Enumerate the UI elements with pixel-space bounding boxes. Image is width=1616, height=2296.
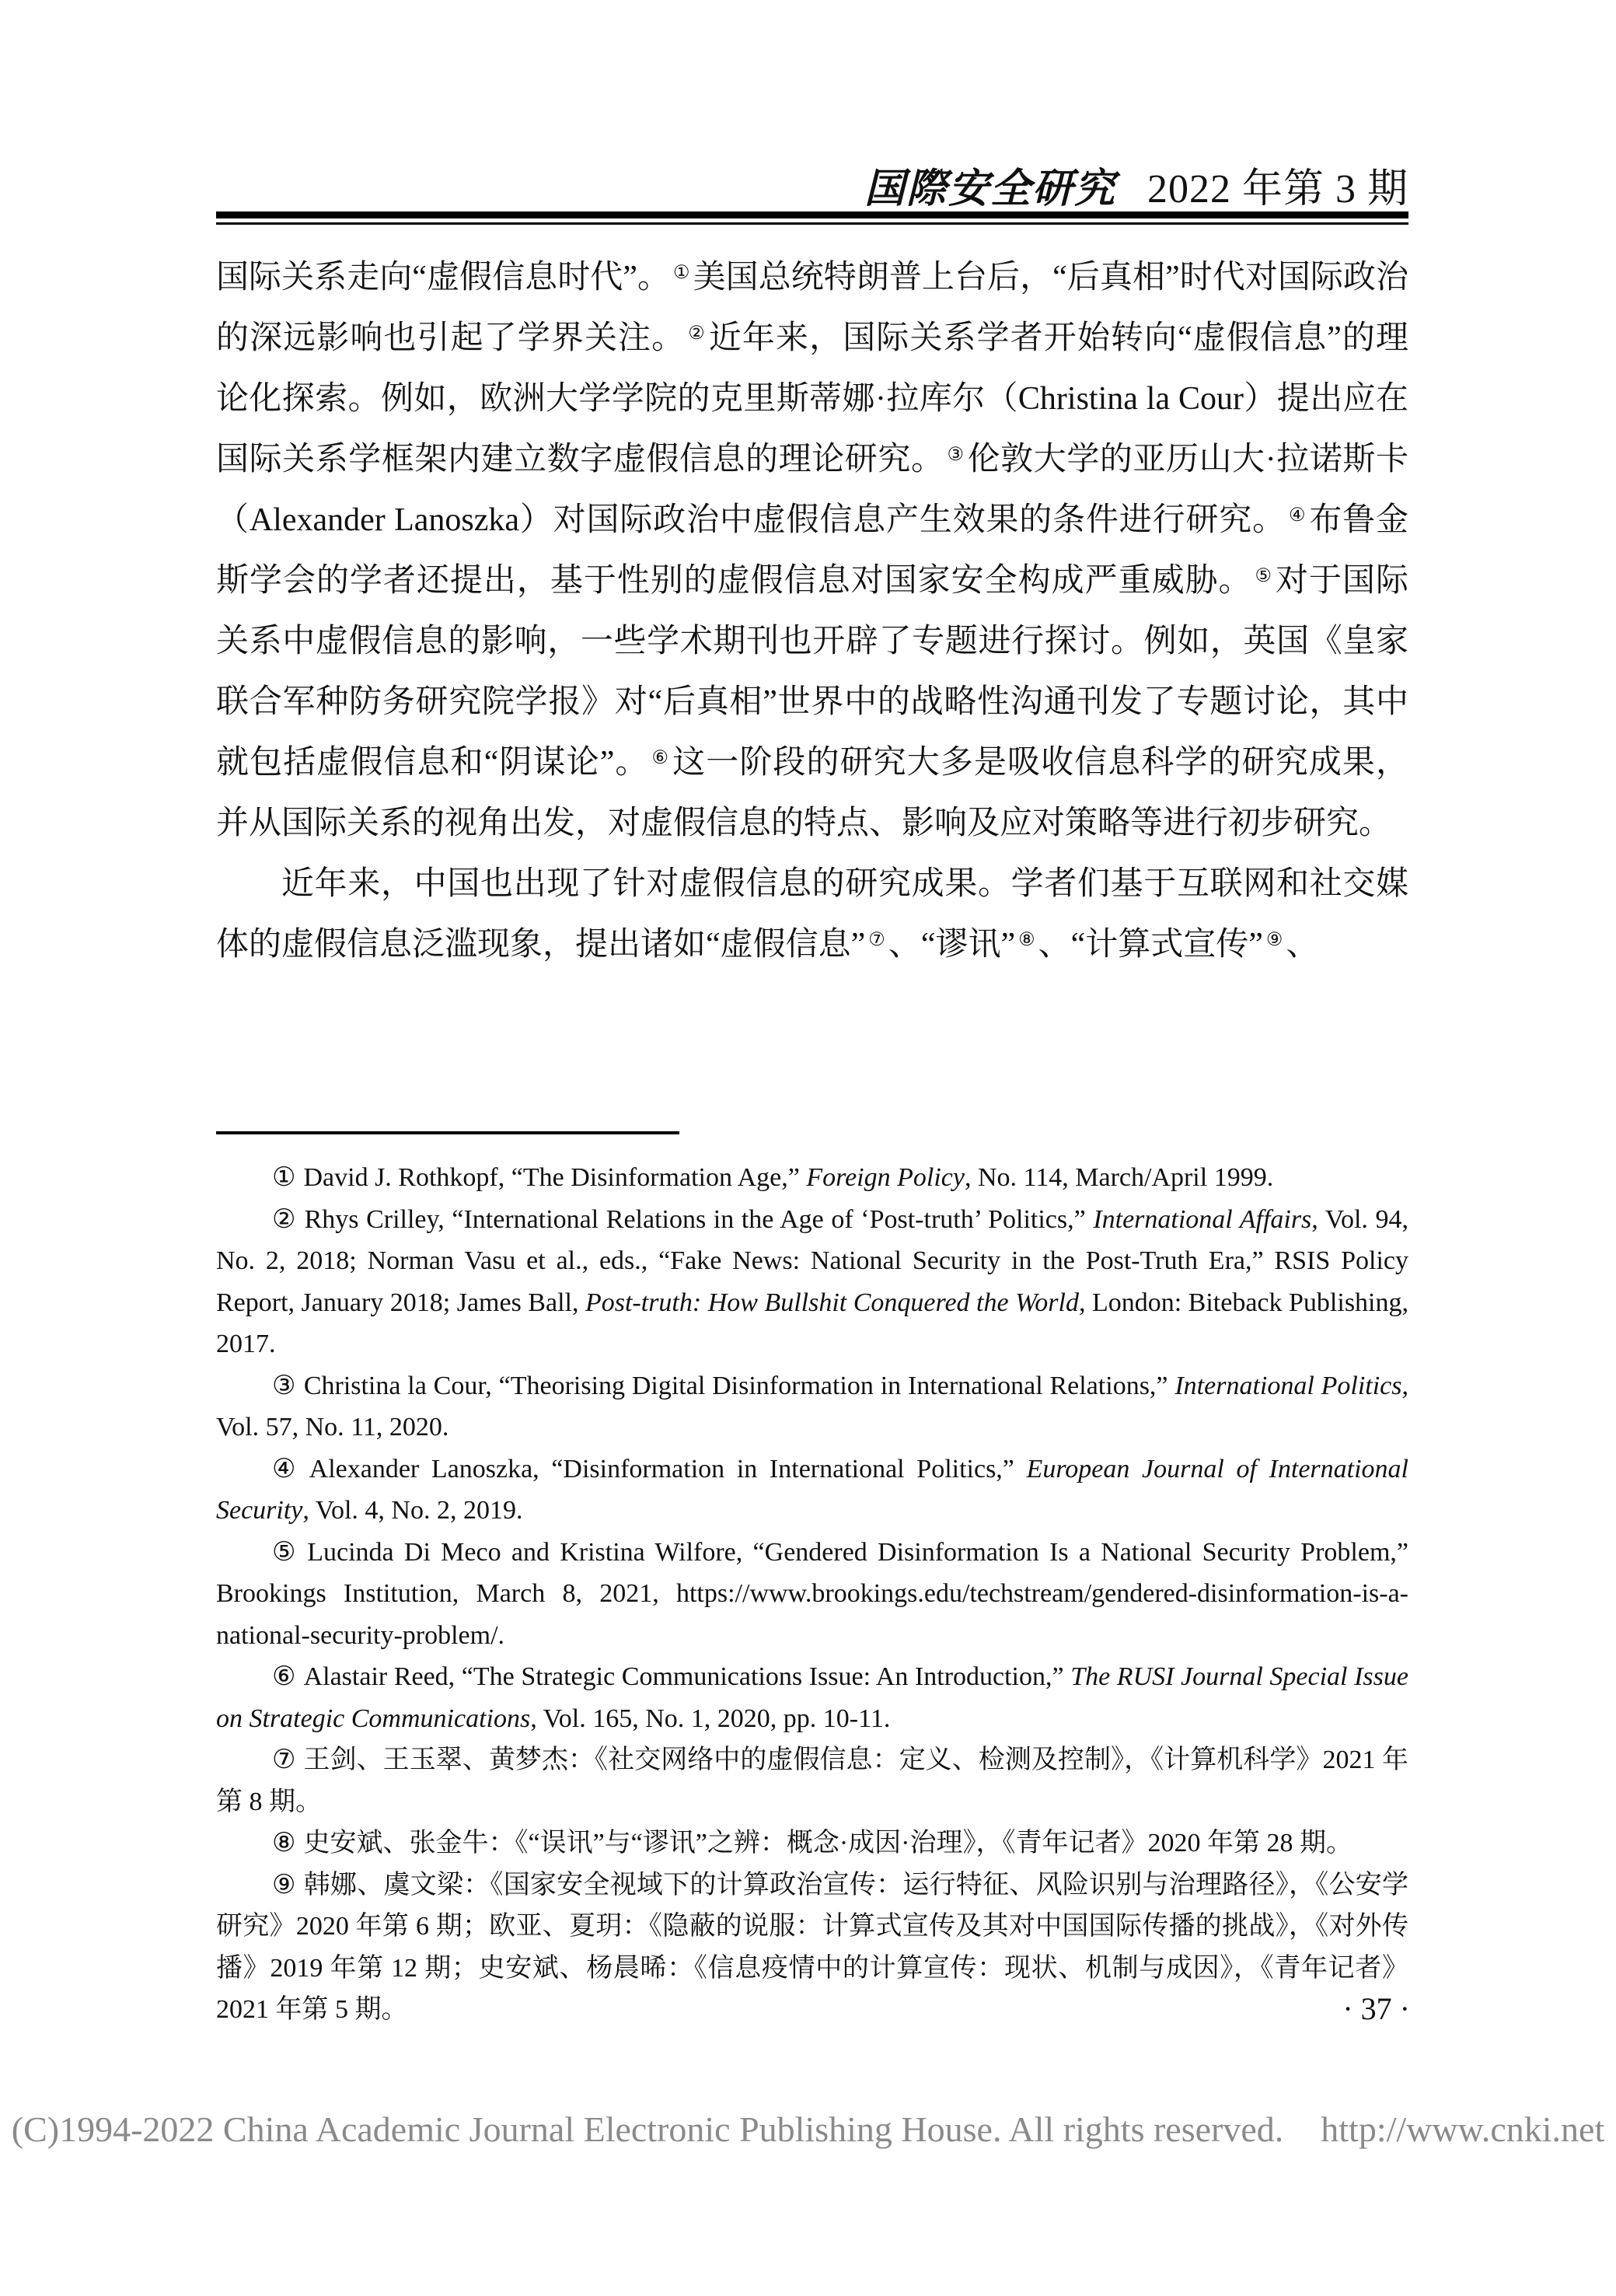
body-text-run: 、 [1286,927,1318,963]
footnote-item: ⑦王剑、王玉翠、黄梦杰：《社交网络中的虚假信息：定义、检测及控制》，《计算机科学… [216,1739,1408,1822]
footnote-text: David J. Rothkopf, “The Disinformation A… [303,1163,806,1192]
footnotes: ①David J. Rothkopf, “The Disinformation … [216,1157,1408,2031]
body-text-run: 、“计算式宣传” [1038,927,1263,963]
footnote-title-italic: International Affairs [1093,1205,1311,1234]
body-text: 国际关系走向“虚假信息时代”。①美国总统特朗普上台后，“后真相”时代对国际政治的… [216,247,1408,975]
footnote-item: ⑤Lucinda Di Meco and Kristina Wilfore, “… [216,1532,1408,1657]
footnote-marker: ⑨ [272,1871,296,1899]
footnote-item: ⑥Alastair Reed, “The Strategic Communica… [216,1656,1408,1739]
footnote-item: ④Alexander Lanoszka, “Disinformation in … [216,1449,1408,1532]
footnote-reference[interactable]: ⑧ [1018,930,1035,950]
footnote-title-italic: Foreign Policy [806,1163,965,1192]
footnote-text: Rhys Crilley, “International Relations i… [305,1205,1094,1234]
header-title: 国際安全研究2022 年第 3 期 [864,156,1408,214]
footnote-item: ①David J. Rothkopf, “The Disinformation … [216,1157,1408,1199]
footnote-text: Alexander Lanoszka, “Disinformation in I… [309,1455,1027,1483]
footnote-marker: ⑤ [272,1538,299,1567]
cnki-link[interactable]: http://www.cnki.net [1321,2109,1604,2149]
footnote-reference[interactable]: ⑤ [1255,566,1273,586]
body-paragraph: 国际关系走向“虚假信息时代”。①美国总统特朗普上台后，“后真相”时代对国际政治的… [216,247,1408,854]
footnote-text: , Vol. 165, No. 1, 2020, pp. 10-11. [530,1704,890,1733]
footnote-text: Alastair Reed, “The Strategic Communicat… [304,1662,1071,1691]
footnote-marker: ⑧ [272,1829,295,1857]
footnote-marker: ⑥ [272,1662,296,1691]
footnote-text: Lucinda Di Meco and Kristina Wilfore, “G… [216,1538,1408,1650]
footnote-text: 王剑、王玉翠、黄梦杰：《社交网络中的虚假信息：定义、检测及控制》，《计算机科学》… [216,1746,1408,1816]
body-text-run: 、“谬讯” [888,927,1015,963]
footnote-text: , No. 114, March/April 1999. [965,1163,1273,1192]
footnote-separator [216,1131,679,1134]
footnote-reference[interactable]: ⑦ [868,930,885,950]
journal-name: 国際安全研究 [864,165,1116,212]
footnote-reference[interactable]: ③ [948,445,965,465]
footnote-item: ③Christina la Cour, “Theorising Digital … [216,1365,1408,1449]
issue-label: 2022 年第 3 期 [1147,167,1408,211]
footnote-reference[interactable]: ⑨ [1266,930,1283,950]
footnote-marker: ⑦ [272,1746,296,1774]
footnote-reference[interactable]: ① [673,263,690,283]
footnote-marker: ① [272,1163,295,1192]
body-text-run: 国际关系走向“虚假信息时代”。 [216,260,670,295]
footnote-marker: ③ [272,1372,296,1400]
footnote-item: ②Rhys Crilley, “International Relations … [216,1199,1408,1365]
copyright-text: (C)1994-2022 China Academic Journal Elec… [12,2109,1284,2149]
footnote-text: , Vol. 4, No. 2, 2019. [302,1496,522,1525]
footnote-item: ⑧史安斌、张金牛：《“误讯”与“谬讯”之辨：概念·成因·治理》，《青年记者》20… [216,1822,1408,1864]
header-rule-thin [216,222,1408,225]
copyright-watermark: (C)1994-2022 China Academic Journal Elec… [0,2109,1616,2150]
footnote-marker: ② [272,1205,297,1234]
running-header: 国際安全研究2022 年第 3 期 [216,148,1408,225]
footnote-text: 韩娜、虞文梁：《国家安全视域下的计算政治宣传：运行特征、风险识别与治理路径》，《… [216,1871,1408,2025]
footnote-marker: ④ [272,1455,302,1483]
body-paragraph: 近年来，中国也出现了针对虚假信息的研究成果。学者们基于互联网和社交媒体的虚假信息… [216,854,1408,975]
footnote-text: 史安斌、张金牛：《“误讯”与“谬讯”之辨：概念·成因·治理》，《青年记者》202… [303,1829,1352,1857]
footnote-text: Christina la Cour, “Theorising Digital D… [304,1372,1175,1400]
footnote-title-italic: Post-truth: How Bullshit Conquered the W… [585,1288,1079,1317]
footnote-reference[interactable]: ④ [1289,505,1306,526]
header-rule-thick [216,211,1408,218]
footnote-reference[interactable]: ② [688,323,706,344]
footnote-reference[interactable]: ⑥ [652,748,670,768]
footnote-title-italic: International Politics [1174,1372,1401,1400]
footnote-item: ⑨韩娜、虞文梁：《国家安全视域下的计算政治宣传：运行特征、风险识别与治理路径》，… [216,1864,1408,2031]
page-number: · 37 · [1342,1990,1410,2027]
